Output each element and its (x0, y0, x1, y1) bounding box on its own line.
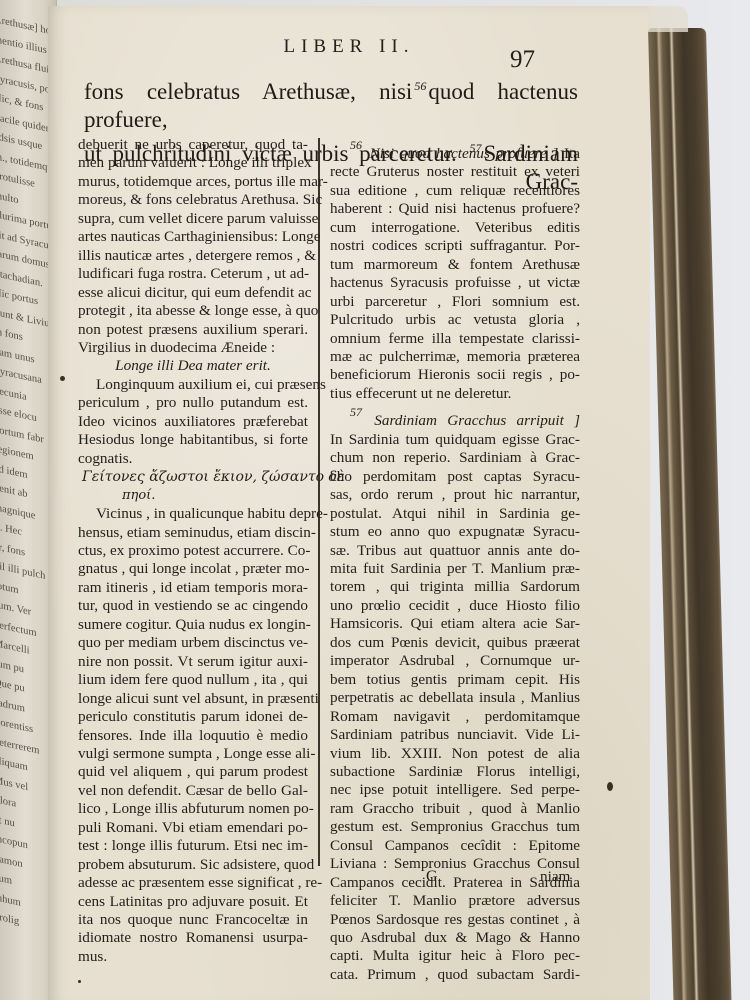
page-number: 97 (510, 46, 535, 74)
note-lemma: Sardiniam Gracchus arripuit ] (364, 412, 580, 429)
commentary-line: hactenus Syracusis profuisse , ut victæ (330, 274, 580, 292)
commentary-line: Pœnos Sardosque res gestas continet , à (330, 911, 580, 929)
commentary-line: Hamsicoris. Qui etiam altera acie Sar- (330, 615, 580, 633)
commentary-line: Consul Campanos cecîdit : Epitome (330, 837, 580, 855)
commentary-line: periculo constitutis parum idonei de- (78, 708, 308, 726)
commentary-line: subactione Sardiniæ Florus intelligi, (330, 763, 580, 781)
commentary-line: murus, totidemque arces, portus ille mar… (78, 173, 308, 191)
commentary-line: cens Latinitas pro adjuvare posuit. Et (78, 893, 308, 911)
commentary-line: quo Asdrubal dux & Mago & Hanno (330, 929, 580, 947)
commentary-line: non potest præsens auxilium sperari. (78, 321, 308, 339)
book-edge-top (647, 6, 688, 32)
commentary-line: fensores. Inde illa loquutio è medio (78, 727, 308, 745)
paper-spot (607, 782, 613, 791)
commentary-line: ram itineris , id etiam temporis mora- (78, 579, 308, 597)
book-page: LIBER II. 97 fons celebratus Arethusæ, n… (48, 6, 650, 1000)
note-lemma: Nisi quod hactenus profuere ] (364, 145, 558, 162)
commentary-line: puli Romani. Vbi etiam emendari po- (78, 819, 308, 837)
commentary-line: men parum valuerit : Longe illi triplex (78, 154, 308, 172)
commentary-left-column: debuerit ne urbs caperetur, quod ta-men … (78, 136, 308, 966)
commentary-line: sumere cogitur. Quia nudus ex longin- (78, 616, 308, 634)
commentary-line: probem absuturum. Sic adsistere, quod (78, 856, 308, 874)
commentary-line: mita fuit Sardinia per T. Manlium præ- (330, 560, 580, 578)
commentary-line: tur, quod in vestiendo se ac cingendo (78, 597, 308, 615)
commentary-line: lium idem fere quod nullum , ita , qui (78, 671, 308, 689)
commentary-right-column: 56 Nisi quod hactenus profuere ] Itarect… (330, 136, 580, 984)
commentary-line: torem , qui triginta millia Sardorum (330, 578, 580, 596)
commentary-line: cho perdomitam post captas Syracu- (330, 468, 580, 486)
previous-page-text: Arethusæ] hocmentio illiusArethusa fluit… (0, 10, 54, 959)
commentary-line: postulat. Atqui nihil in Sardinia ge- (330, 505, 580, 523)
commentary-line: test : longe illis futurum. Etsi nec im- (78, 837, 308, 855)
commentary-line: Vicinus , in qualicunque habitu depre- (78, 505, 308, 523)
paper-spot (78, 980, 81, 983)
commentary-line: πηοί. (78, 487, 308, 505)
commentary-line: nec ipse potuit intelligere. Sed perpe- (330, 781, 580, 799)
commentary-line: quo per mediam urbem discinctus ve- (78, 634, 308, 652)
commentary-line: feliciter T. Manlio prætore adversus (330, 892, 580, 910)
commentary-line: mus. (78, 948, 308, 966)
commentary-line: In Sardinia tum quidquam egisse Grac- (330, 431, 580, 449)
commentary-line: Hesiodus longe habitantibus, si forte (78, 431, 308, 449)
commentary-line: ram Graccho tribuit , quod à Manlio (330, 800, 580, 818)
signature-mark: G (426, 868, 438, 886)
commentary-line: mæ ac pulcherrimæ, memoria præterea (330, 348, 580, 366)
commentary-line: omnium ferme illa tempestate clarissi- (330, 330, 580, 348)
commentary-line: Γείτονες ἄζωστοι ἔκιον, ζώσαντο δὲ (78, 468, 308, 486)
commentary-line: bem totius gentis primam cepit. His (330, 671, 580, 689)
commentary-line: sua editione , cum reliquæ recentiores (330, 182, 580, 200)
commentary-line: idiomate nostro Romanensi usurpa- (78, 929, 308, 947)
commentary-line: recte Gruterus noster restituit ex veter… (330, 163, 580, 181)
commentary-line: uno prœlio cecidit , duce Hiosto filio (330, 597, 580, 615)
commentary-line: protegit , ita abesse & longe esse, à qu… (78, 302, 308, 320)
commentary-line: periculum , pro nullo putandum est. (78, 394, 308, 412)
column-divider (318, 138, 320, 866)
commentary-line: Longe illi Dea mater erit. (78, 357, 308, 375)
commentary-line: haberent : Quid nisi hactenus profuere? (330, 200, 580, 218)
commentary-line: supra, cum vellet dicere parum valuisse (78, 210, 308, 228)
commentary-line: tum marmoreum & fontem Arethusæ (330, 256, 580, 274)
commentary-line: Virgilius in duodecima Æneide : (78, 339, 308, 357)
commentary-line: cognatis. (78, 450, 308, 468)
commentary-line: vulgi sermone sumpta , Longe esse ali- (78, 745, 308, 763)
commentary-line: illis nauticæ artes , detergere remos , … (78, 247, 308, 265)
commentary-line: capti. Multa igitur heic à Floro pec- (330, 947, 580, 965)
note-reference: 56 (414, 79, 426, 93)
commentary-line: artes nauticas Carthaginiensibus: Longe (78, 228, 308, 246)
commentary-line: ita nos quoque nunc Francoceltæ in (78, 911, 308, 929)
commentary-line: Ideo vicinos auxiliatores præferebat (78, 413, 308, 431)
commentary-line: Romam navigavit , perdomitamque (330, 708, 580, 726)
note-heading: 56 Nisi quod hactenus profuere ] Ita (330, 136, 580, 163)
commentary-line: vel non defendit. Cæsar de bello Gal- (78, 782, 308, 800)
commentary-line: nostri codices scripti suffragantur. Por… (330, 237, 580, 255)
commentary-line: perpetratis ac debellata insula , Manliu… (330, 689, 580, 707)
commentary-line: sæ. Tribus aut quattuor annis ante do- (330, 542, 580, 560)
commentary-line: dos cum Pœnis devicit, quibus præerat (330, 634, 580, 652)
commentary-line: Sardiniam patribus nunciavit. Vide Li- (330, 726, 580, 744)
commentary-line: nire non possit. Vt serum igitur auxi- (78, 653, 308, 671)
commentary-line: debuerit ne urbs caperetur, quod ta- (78, 136, 308, 154)
commentary-line: chum non reperio. Sardiniam à Grac- (330, 449, 580, 467)
commentary-line: Longinquum auxilium ei, cui præsens (78, 376, 308, 394)
note-heading: 57 Sardiniam Gracchus arripuit ] (330, 403, 580, 430)
commentary-line: tius effecerunt ut ne deleretur. (330, 385, 580, 403)
main-text-line: fons celebratus Arethusæ, nisi56quod hac… (84, 72, 578, 134)
running-head: LIBER II. (48, 36, 650, 58)
commentary-line: cum interrogatione. Veteribus editis (330, 219, 580, 237)
commentary-line: cata. Primum , quod subactam Sardi- (330, 966, 580, 984)
commentary-line: ctus, ex proximo potest accurrere. Co- (78, 542, 308, 560)
commentary-line: hensus, etiam seminudus, etiam discin- (78, 524, 308, 542)
commentary-line: imperator Asdrubal , Cornumque ur- (330, 652, 580, 670)
commentary-line: lico , Longe illis abfuturum nomen po- (78, 800, 308, 818)
commentary-line: longe alicui sunt vel absunt, in præsent… (78, 690, 308, 708)
commentary-line: quid vel aliquem , qui parum prodest (78, 763, 308, 781)
commentary-line: sas, ordo rerum , prout hic narrantur, (330, 486, 580, 504)
commentary-line: gnatus , qui longe incolat , præter mo- (78, 560, 308, 578)
commentary-line: gestum est. Sempronius Gracchus tum (330, 818, 580, 836)
commentary-line: esse alicui dicitur, qui eum defendit ac (78, 284, 308, 302)
commentary-line: urbi parceretur , Flori somnium est. (330, 293, 580, 311)
commentary-line: ludificari fuga rostra. Ceterum , ut ad- (78, 265, 308, 283)
commentary-line: stum eo anno quo expugnatæ Syracu- (330, 523, 580, 541)
commentary-line: moreus, & fons celebratus Arethusa. Sic (78, 191, 308, 209)
commentary-line: beneficiorum Hieronis socii regis , po- (330, 366, 580, 384)
commentary-line: Pulcritudo urbis ac vetusta gloria , (330, 311, 580, 329)
note-number: 56 (350, 138, 362, 152)
note-number: 57 (350, 405, 362, 419)
paper-spot (60, 376, 65, 381)
catchword: niam (540, 868, 570, 886)
commentary-line: vium lib. XXIII. Non potest de alia (330, 745, 580, 763)
commentary-line: adesse ac præsentem esse significat , re… (78, 874, 308, 892)
